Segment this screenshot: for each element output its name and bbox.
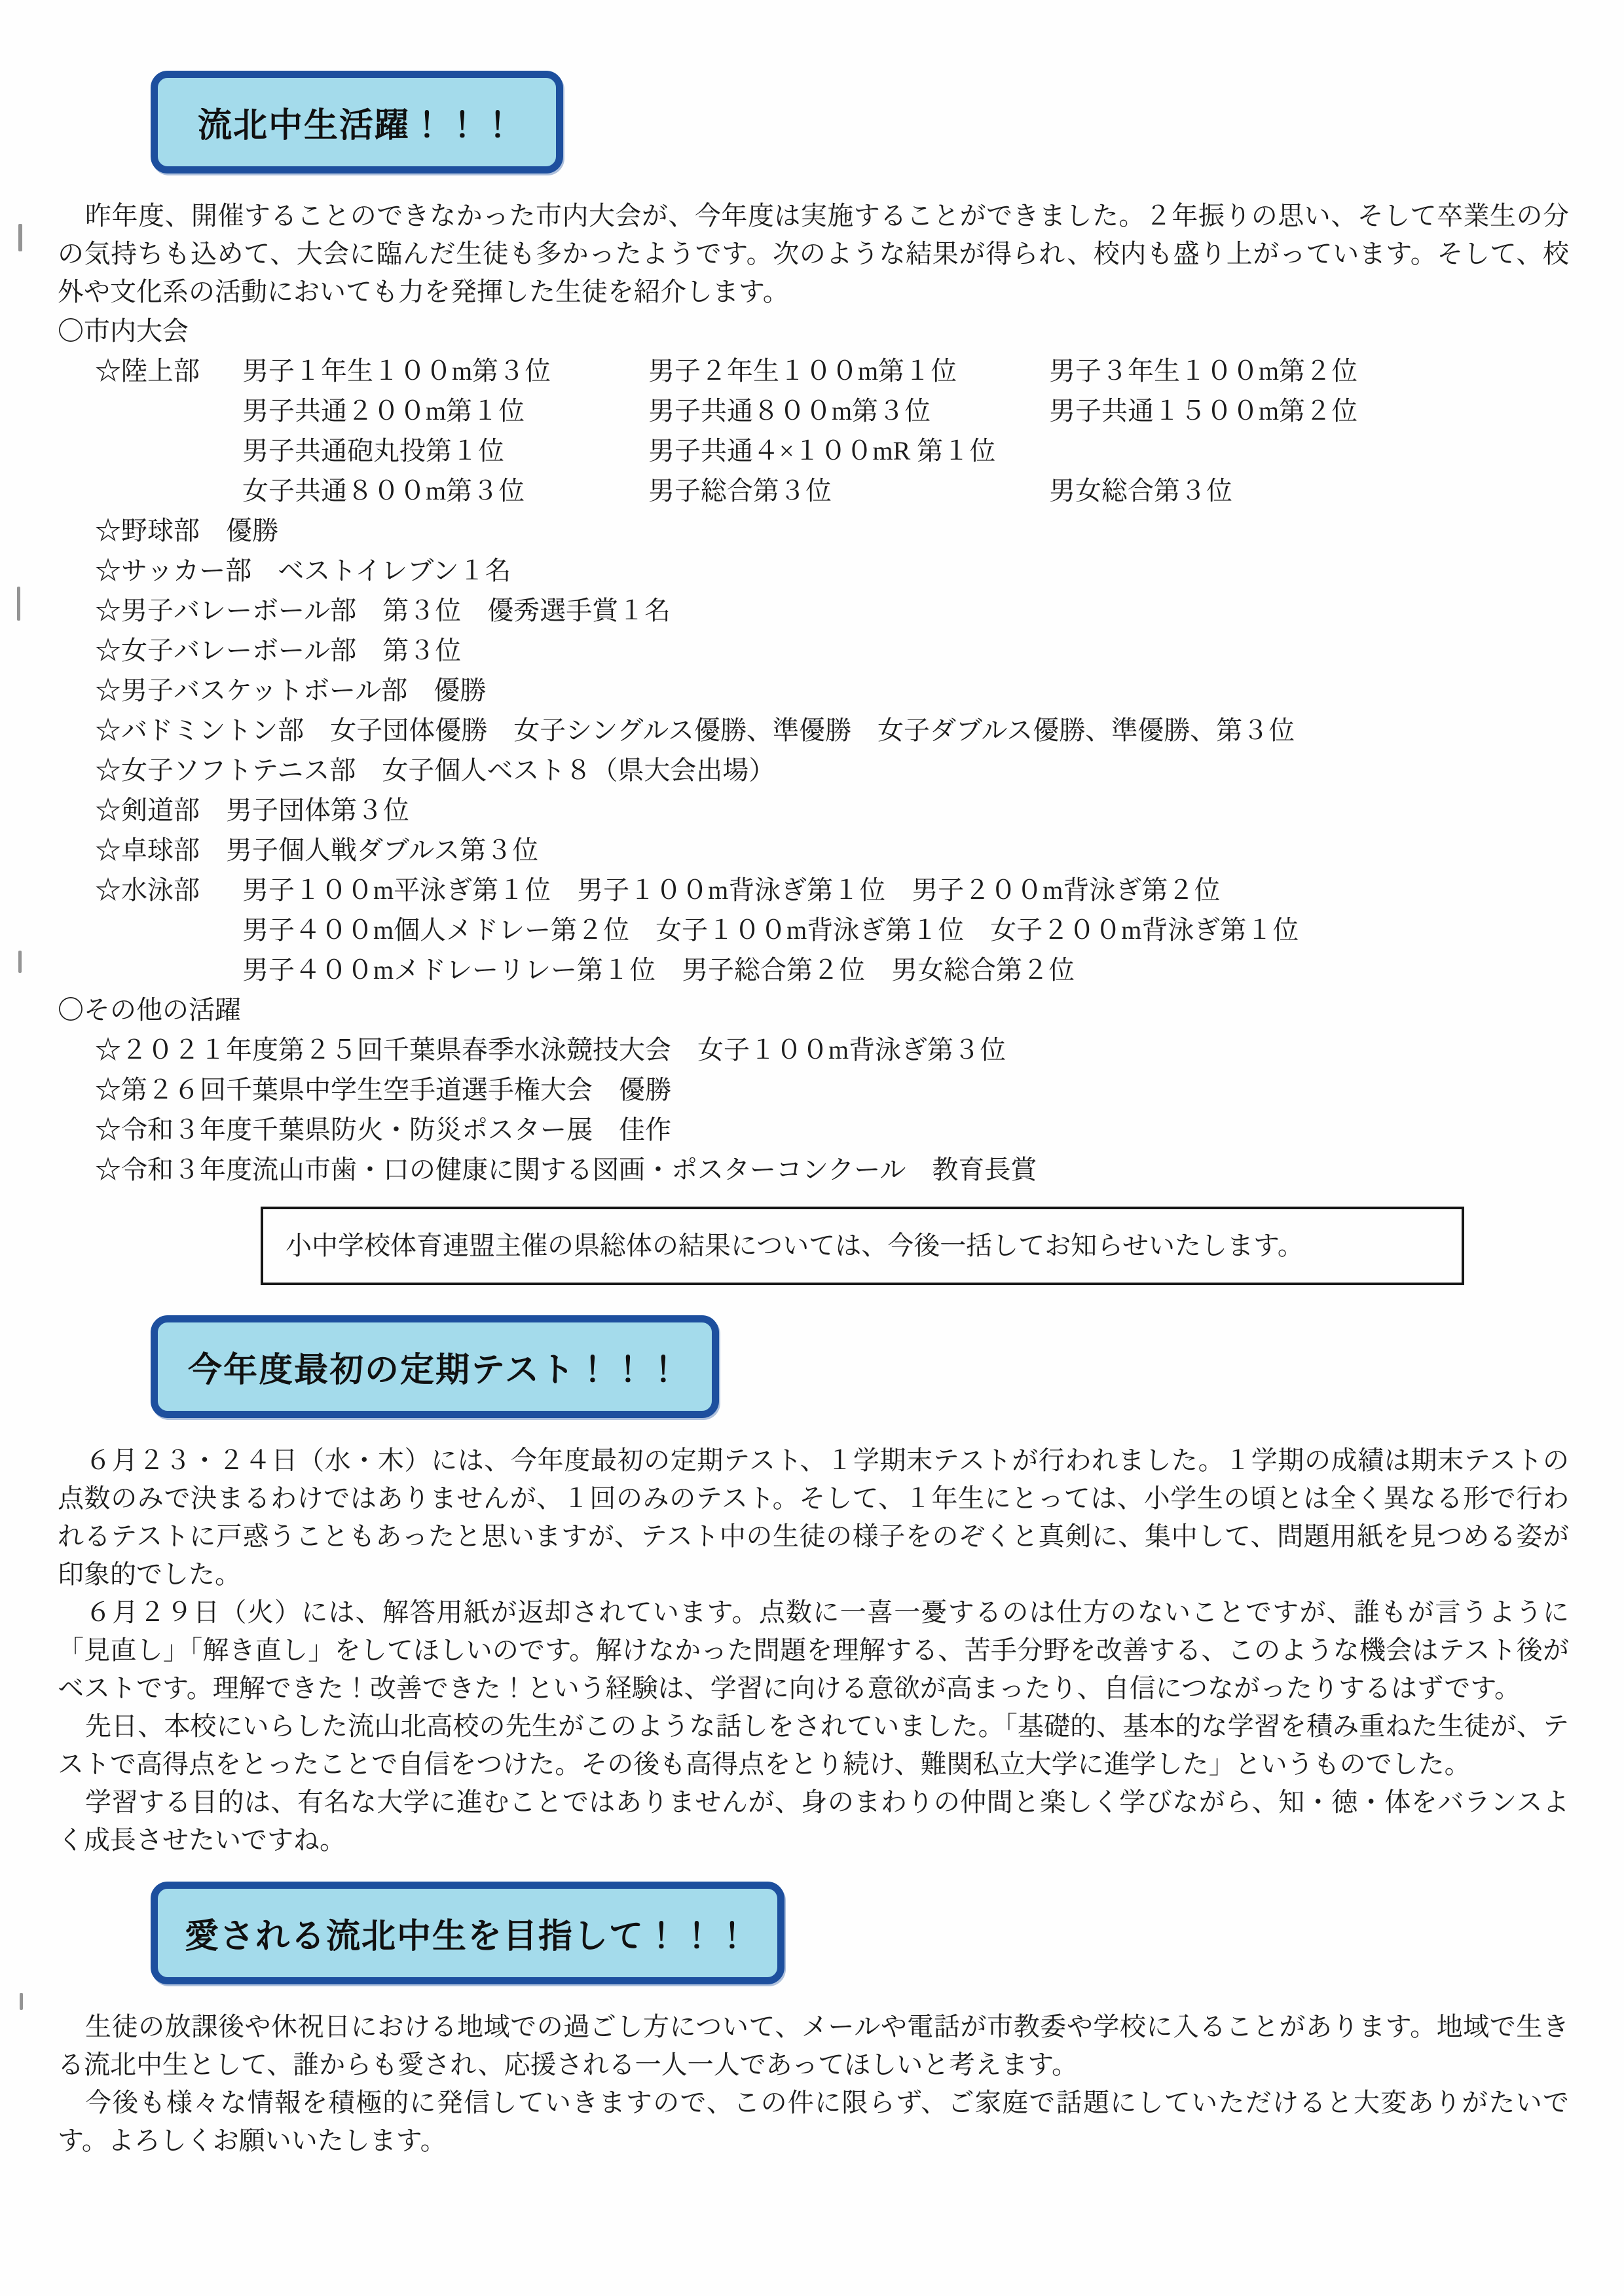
test-paragraph: ６月２３・２４日（水・木）には、今年度最初の定期テスト、１学期末テストが行われま… — [58, 1442, 1569, 1594]
club-result-line: ☆サッカー部 ベストイレブン１名 — [58, 551, 1569, 591]
other-result-line: ☆第２６回千葉県中学生空手道選手権大会 優勝 — [58, 1070, 1569, 1110]
club-result-line: ☆バドミントン部 女子団体優勝 女子シングルス優勝、準優勝 女子ダブルス優勝、準… — [58, 710, 1569, 750]
track-result-cell: 男子３年生１００m第２位 — [1049, 351, 1569, 391]
track-club-block: ☆陸上部 男子１年生１００m第３位 男子２年生１００m第１位 男子３年生１００m… — [58, 351, 1569, 511]
club-result-line: ☆女子バレーボール部 第３位 — [58, 630, 1569, 670]
track-row: 女子共通８００m第３位 男子総合第３位 男女総合第３位 — [242, 471, 1569, 511]
other-result-line: ☆２０２１年度第２５回千葉県春季水泳競技大会 女子１００m背泳ぎ第３位 — [58, 1030, 1569, 1070]
scan-artifact — [17, 587, 20, 621]
track-result-cell: 女子共通８００m第３位 — [242, 471, 648, 511]
kentaikai-notice-box: 小中学校体育連盟主催の県総体の結果については、今後一括してお知らせいたします。 — [261, 1207, 1464, 1285]
track-result-cell: 男子共通砲丸投第１位 — [242, 431, 648, 471]
track-result-cell: 男子共通４×１００mR 第１位 — [648, 431, 1049, 471]
test-paragraph: 学習する目的は、有名な大学に進むことではありませんが、身のまわりの仲間と楽しく学… — [58, 1783, 1569, 1859]
track-row: 男子共通砲丸投第１位 男子共通４×１００mR 第１位 — [242, 431, 1569, 471]
track-result-cell: 男子共通８００m第３位 — [648, 391, 1049, 431]
other-result-line: ☆令和３年度流山市歯・口の健康に関する図画・ポスターコンクール 教育長賞 — [58, 1150, 1569, 1190]
track-result-cell: 男子１年生１００m第３位 — [242, 351, 648, 391]
swim-result-line: 男子４００mメドレーリレー第１位 男子総合第２位 男女総合第２位 — [242, 950, 1569, 990]
closing-paragraph: 今後も様々な情報を積極的に発信していきますので、この件に限らず、ご家庭で話題にし… — [58, 2084, 1569, 2160]
newsletter-page: 流北中生活躍！！！ 昨年度、開催することのできなかった市内大会が、今年度は実施す… — [0, 0, 1624, 2296]
section-title-test: 今年度最初の定期テスト！！！ — [151, 1315, 719, 1418]
track-row: 男子共通２００m第１位 男子共通８００m第３位 男子共通１５００m第２位 — [242, 391, 1569, 431]
track-result-cell: 男子総合第３位 — [648, 471, 1049, 511]
scan-artifact — [18, 224, 22, 251]
club-result-line: ☆女子ソフトテニス部 女子個人ベスト８（県大会出場） — [58, 750, 1569, 790]
club-result-line: ☆男子バレーボール部 第３位 優秀選手賞１名 — [58, 591, 1569, 630]
swim-result-line: 男子４００m個人メドレー第２位 女子１００m背泳ぎ第１位 女子２００m背泳ぎ第１… — [242, 910, 1569, 950]
club-result-line: ☆卓球部 男子個人戦ダブルス第３位 — [58, 830, 1569, 870]
swim-result-line: 男子１００m平泳ぎ第１位 男子１００m背泳ぎ第１位 男子２００m背泳ぎ第２位 — [242, 870, 1569, 910]
track-result-cell: 男子共通１５００m第２位 — [1049, 391, 1569, 431]
closing-paragraph: 生徒の放課後や休祝日における地域での過ごし方について、メールや電話が市教委や学校… — [58, 2008, 1569, 2084]
swim-club-label: ☆水泳部 — [95, 870, 200, 910]
intro-paragraph: 昨年度、開催することのできなかった市内大会が、今年度は実施することができました。… — [58, 197, 1569, 311]
track-row: 男子１年生１００m第３位 男子２年生１００m第１位 男子３年生１００m第２位 — [242, 351, 1569, 391]
test-paragraph: 先日、本校にいらした流山北高校の先生がこのような話しをされていました。「基礎的、… — [58, 1707, 1569, 1783]
track-club-label: ☆陸上部 — [95, 351, 200, 391]
scan-artifact — [18, 951, 22, 973]
track-result-cell — [1049, 431, 1569, 471]
other-result-line: ☆令和３年度千葉県防火・防災ポスター展 佳作 — [58, 1110, 1569, 1150]
section-title-achievements: 流北中生活躍！！！ — [151, 71, 563, 173]
test-paragraph: ６月２９日（火）には、解答用紙が返却されています。点数に一喜一憂するのは仕方のな… — [58, 1594, 1569, 1707]
track-result-cell: 男女総合第３位 — [1049, 471, 1569, 511]
city-tournament-heading: 〇市内大会 — [58, 311, 1569, 351]
track-result-cell: 男子２年生１００m第１位 — [648, 351, 1049, 391]
club-result-line: ☆男子バスケットボール部 優勝 — [58, 670, 1569, 710]
swim-club-block: ☆水泳部 男子１００m平泳ぎ第１位 男子１００m背泳ぎ第１位 男子２００m背泳ぎ… — [58, 870, 1569, 990]
club-result-line: ☆野球部 優勝 — [58, 511, 1569, 551]
club-result-line: ☆剣道部 男子団体第３位 — [58, 790, 1569, 830]
track-result-cell: 男子共通２００m第１位 — [242, 391, 648, 431]
section-title-closing: 愛される流北中生を目指して！！！ — [151, 1882, 784, 1984]
other-activities-heading: 〇その他の活躍 — [58, 990, 1569, 1030]
scan-artifact — [20, 1993, 23, 2010]
